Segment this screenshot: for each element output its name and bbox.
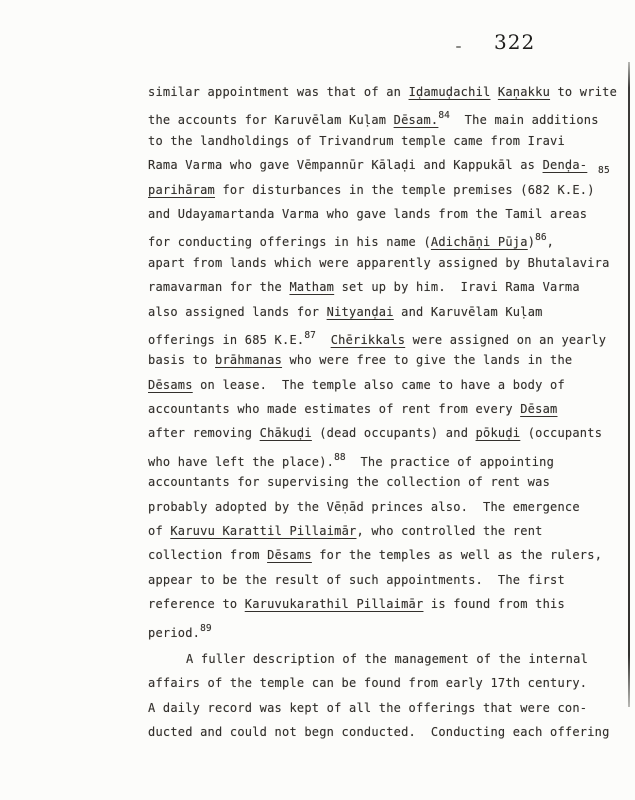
text-line: probably adopted by the Vēṇād princes al… bbox=[148, 495, 626, 519]
document-page: 322 similar appointment was that of an I… bbox=[0, 0, 635, 800]
text-line: reference to Karuvukarathil Pillaimār is… bbox=[148, 592, 626, 616]
text-line: ramavarman for the Matham set up by him.… bbox=[148, 275, 626, 299]
text-line: Rama Varma who gave Vēmpannūr Kālaḍi and… bbox=[148, 153, 626, 177]
text-line: also assigned lands for Nityanḍai and Ka… bbox=[148, 300, 626, 324]
paragraph: A fuller description of the management o… bbox=[148, 647, 626, 745]
footnote-marker: 84 bbox=[438, 110, 449, 121]
footnote-marker: 86 bbox=[535, 232, 546, 243]
text-line: to the landholdings of Trivandrum temple… bbox=[148, 129, 626, 153]
text-line: similar appointment was that of an Iḍamu… bbox=[148, 80, 626, 104]
footnote-marker: 88 bbox=[334, 452, 345, 463]
text-line: basis to brāhmanas who were free to give… bbox=[148, 348, 626, 372]
footnote-marker: 87 bbox=[304, 330, 315, 341]
text-line: period.89 bbox=[148, 617, 626, 641]
text-line: offerings in 685 K.E.87 Chērikkals were … bbox=[148, 324, 626, 348]
text-line: ducted and could not begn conducted. Con… bbox=[148, 720, 626, 744]
text-line: collection from Dēsams for the temples a… bbox=[148, 543, 626, 567]
text-line: affairs of the temple can be found from … bbox=[148, 671, 626, 695]
text-line: accountants who made estimates of rent f… bbox=[148, 397, 626, 421]
text-line: apart from lands which were apparently a… bbox=[148, 251, 626, 275]
text-line: accountants for supervising the collecti… bbox=[148, 470, 626, 494]
text-block: similar appointment was that of an Iḍamu… bbox=[148, 80, 626, 745]
page-number: 322 bbox=[494, 30, 535, 54]
text-line: parihāram for disturbances in the temple… bbox=[148, 178, 626, 202]
text-line: and Udayamartanda Varma who gave lands f… bbox=[148, 202, 626, 226]
text-line: after removing Chākuḍi (dead occupants) … bbox=[148, 421, 626, 445]
text-line: who have left the place).88 The practice… bbox=[148, 446, 626, 470]
paragraph: similar appointment was that of an Iḍamu… bbox=[148, 80, 626, 641]
text-line: the accounts for Karuvēlam Kuḷam Dēsam.8… bbox=[148, 104, 626, 128]
scan-speck bbox=[456, 46, 461, 48]
text-line: A fuller description of the management o… bbox=[148, 647, 626, 671]
text-line: for conducting offerings in his name (Ad… bbox=[148, 226, 626, 250]
footnote-marker: 89 bbox=[200, 623, 211, 634]
text-line: of Karuvu Karattil Pillaimār, who contro… bbox=[148, 519, 626, 543]
scan-edge-line bbox=[628, 62, 630, 707]
footnote-marker: 85 bbox=[598, 165, 610, 177]
text-line: A daily record was kept of all the offer… bbox=[148, 696, 626, 720]
text-line: Dēsams on lease. The temple also came to… bbox=[148, 373, 626, 397]
text-line: appear to be the result of such appointm… bbox=[148, 568, 626, 592]
